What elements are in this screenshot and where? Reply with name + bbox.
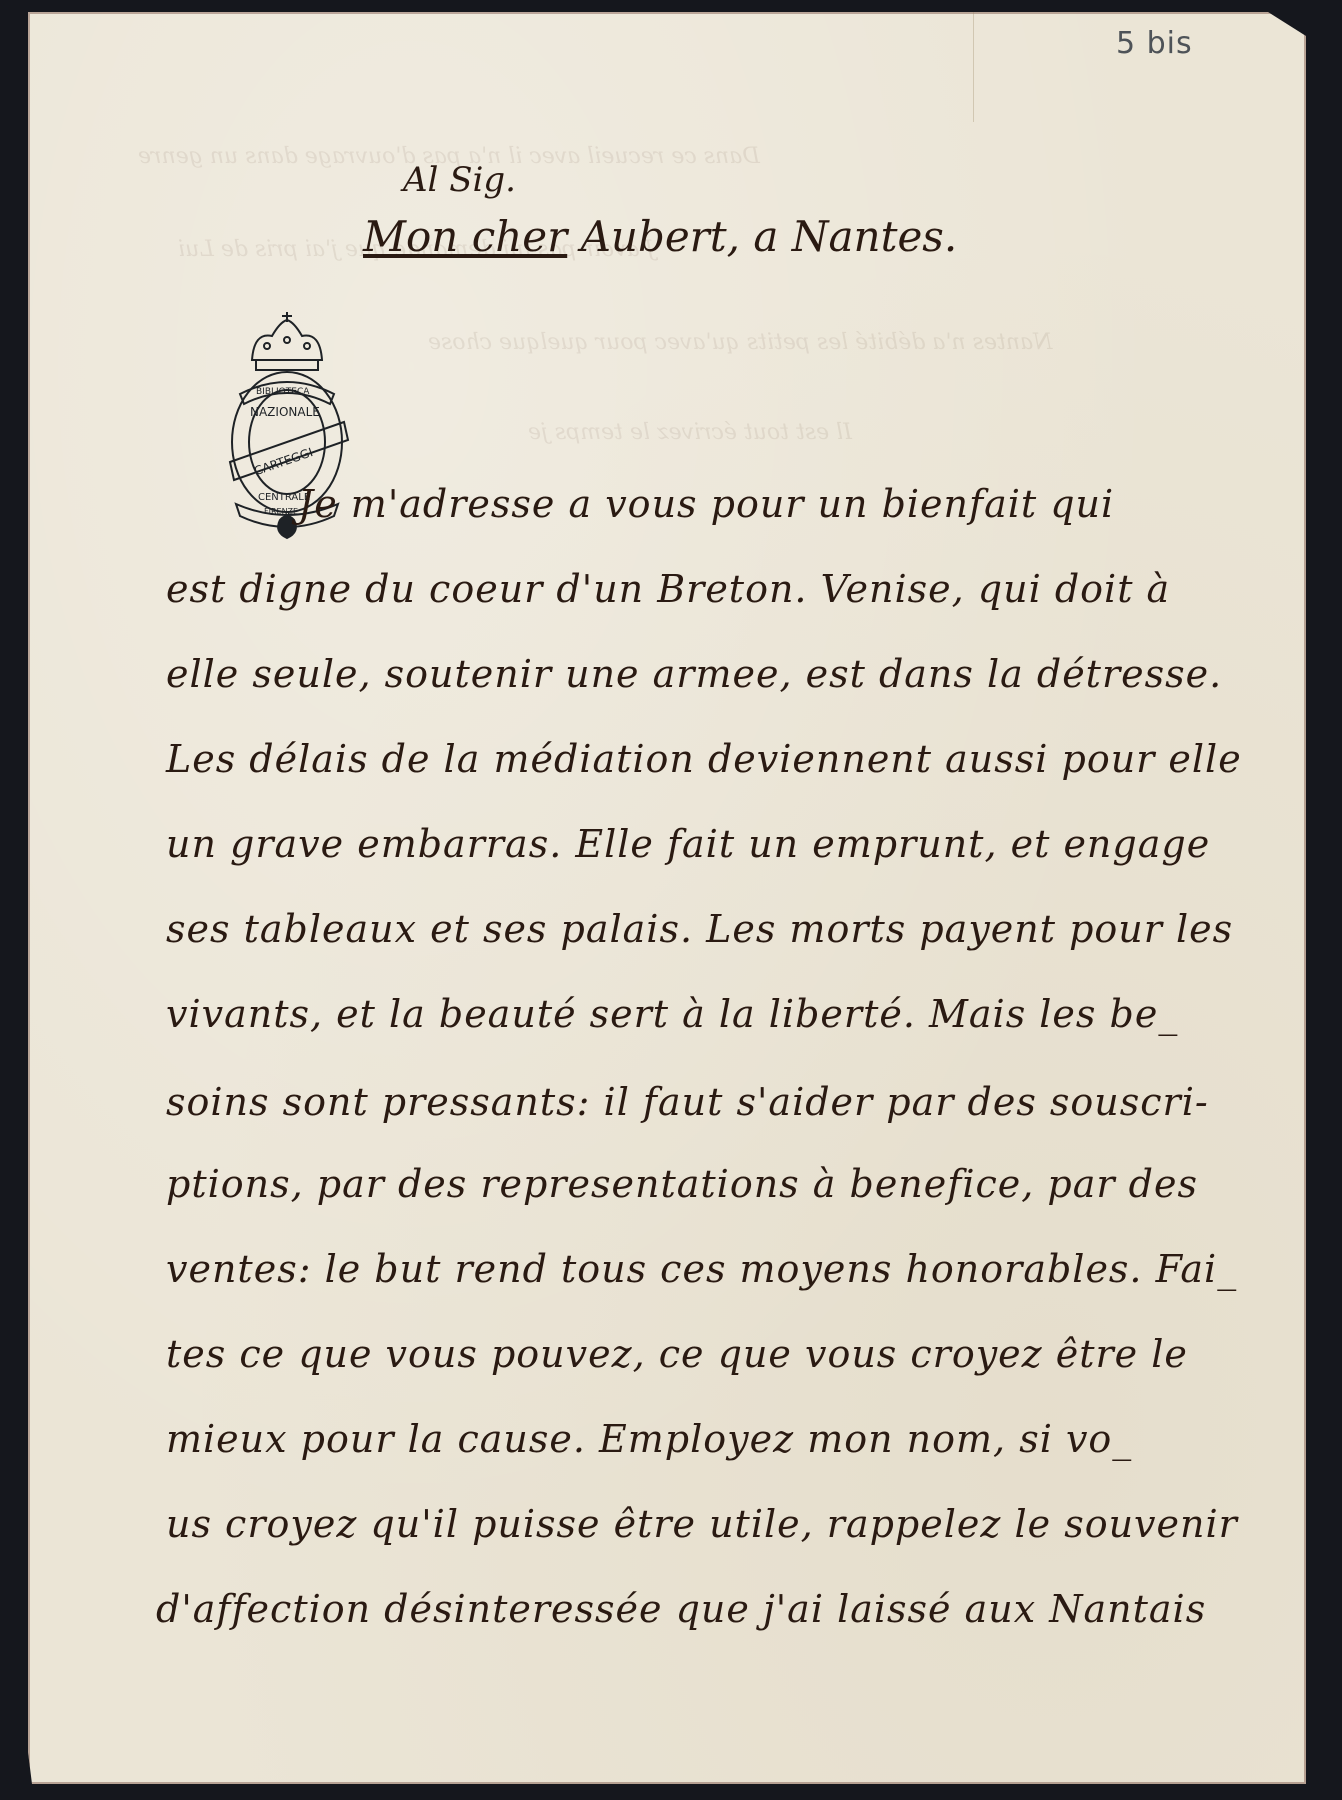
bleed-through-line: Il est tout écrivez le temps je (528, 420, 852, 445)
bleed-through-line: Nantes n'a débité les petits qu'avec pou… (428, 330, 1052, 355)
body-line: soins sont pressants: il faut s'aider pa… (166, 1080, 1209, 1124)
address-line: Mon cher Aubert, a Nantes. (363, 212, 957, 261)
stamp-text-biblioteca: BIBLIOTECA (256, 387, 310, 397)
body-line: ses tableaux et ses palais. Les morts pa… (166, 907, 1233, 951)
body-line: vivants, et la beauté sert à la liberté.… (166, 992, 1178, 1036)
struck-salutation: Mon cher (363, 212, 567, 261)
body-line: est digne du coeur d'un Breton. Venise, … (166, 567, 1170, 611)
body-line: elle seule, soutenir une armee, est dans… (166, 652, 1222, 696)
body-line: mieux pour la cause. Employez mon nom, s… (166, 1417, 1132, 1461)
body-line: d'affection désinteressée que j'ai laiss… (156, 1587, 1206, 1631)
stamp-text-firenze: FIRENZE (264, 507, 298, 516)
body-line: un grave embarras. Elle fait un emprunt,… (166, 822, 1210, 866)
address-annotation: Al Sig. (403, 160, 516, 200)
body-line: Je m'adresse a vous pour un bienfait qui (298, 482, 1114, 526)
body-line: us croyez qu'il puisse être utile, rappe… (166, 1502, 1238, 1546)
paper-crease (973, 12, 974, 122)
stamp-text-nazionale: NAZIONALE (250, 405, 320, 419)
body-line: Les délais de la médiation deviennent au… (166, 737, 1242, 781)
body-line: ventes: le but rend tous ces moyens hono… (166, 1247, 1237, 1291)
body-line: tes ce que vous pouvez, ce que vous croy… (166, 1332, 1188, 1376)
body-line: ptions, par des representations à benefi… (166, 1162, 1198, 1206)
manuscript-page: Dans ce recueil avec il n'a pas d'ouvrag… (28, 12, 1306, 1784)
folio-number: 5 bis (1116, 26, 1193, 61)
addressee: Aubert, a Nantes. (581, 212, 958, 261)
